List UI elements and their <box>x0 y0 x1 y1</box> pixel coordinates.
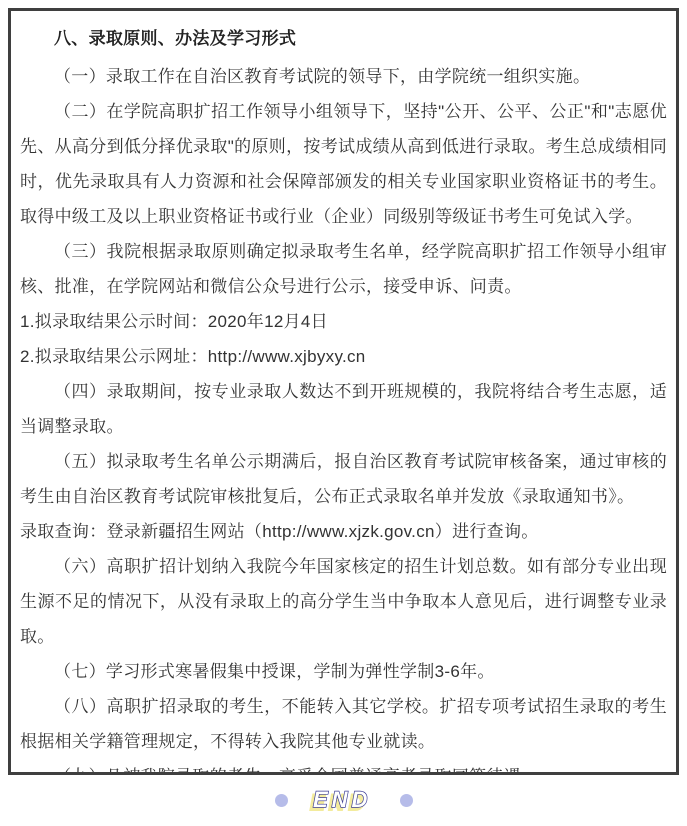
right-dot-icon <box>400 794 413 807</box>
paragraph-8: （八）高职扩招录取的考生，不能转入其它学校。扩招专项考试招生录取的考生根据相关学… <box>20 689 667 759</box>
paragraph-2: （二）在学院高职扩招工作领导小组领导下，坚持"公开、公平、公正"和"志愿优先、从… <box>20 94 667 234</box>
paragraph-7: （七）学习形式寒暑假集中授课，学制为弹性学制3-6年。 <box>20 654 667 689</box>
page: 八、录取原则、办法及学习形式 （一）录取工作在自治区教育考试院的领导下，由学院统… <box>0 0 687 826</box>
document-title: 八、录取原则、办法及学习形式 <box>20 21 667 56</box>
paragraph-4: （四）录取期间，按专业录取人数达不到开班规模的，我院将结合考生志愿，适当调整录取… <box>20 374 667 444</box>
paragraph-3: （三）我院根据录取原则确定拟录取考生名单，经学院高职扩招工作领导小组审核、批准，… <box>20 234 667 304</box>
end-text: END <box>313 787 371 812</box>
paragraph-query-url: 录取查询：登录新疆招生网站（http://www.xjzk.gov.cn）进行查… <box>20 514 667 549</box>
paragraph-1: （一）录取工作在自治区教育考试院的领导下，由学院统一组织实施。 <box>20 59 667 94</box>
paragraph-publish-url: 2.拟录取结果公示网址：http://www.xjbyxy.cn <box>20 339 667 374</box>
paragraph-9: （九）凡被我院录取的考生，享受全国普通高考录取同等待遇。 <box>20 759 667 775</box>
end-graphic: END END <box>304 782 384 818</box>
paragraph-6: （六）高职扩招计划纳入我院今年国家核定的招生计划总数。如有部分专业出现生源不足的… <box>20 549 667 654</box>
left-dot-icon <box>275 794 288 807</box>
paragraph-5: （五）拟录取考生名单公示期满后，报自治区教育考试院审核备案，通过审核的考生由自治… <box>20 444 667 514</box>
paragraph-publish-time: 1.拟录取结果公示时间：2020年12月4日 <box>20 304 667 339</box>
end-footer: END END <box>0 782 687 818</box>
document-box: 八、录取原则、办法及学习形式 （一）录取工作在自治区教育考试院的领导下，由学院统… <box>8 8 679 775</box>
